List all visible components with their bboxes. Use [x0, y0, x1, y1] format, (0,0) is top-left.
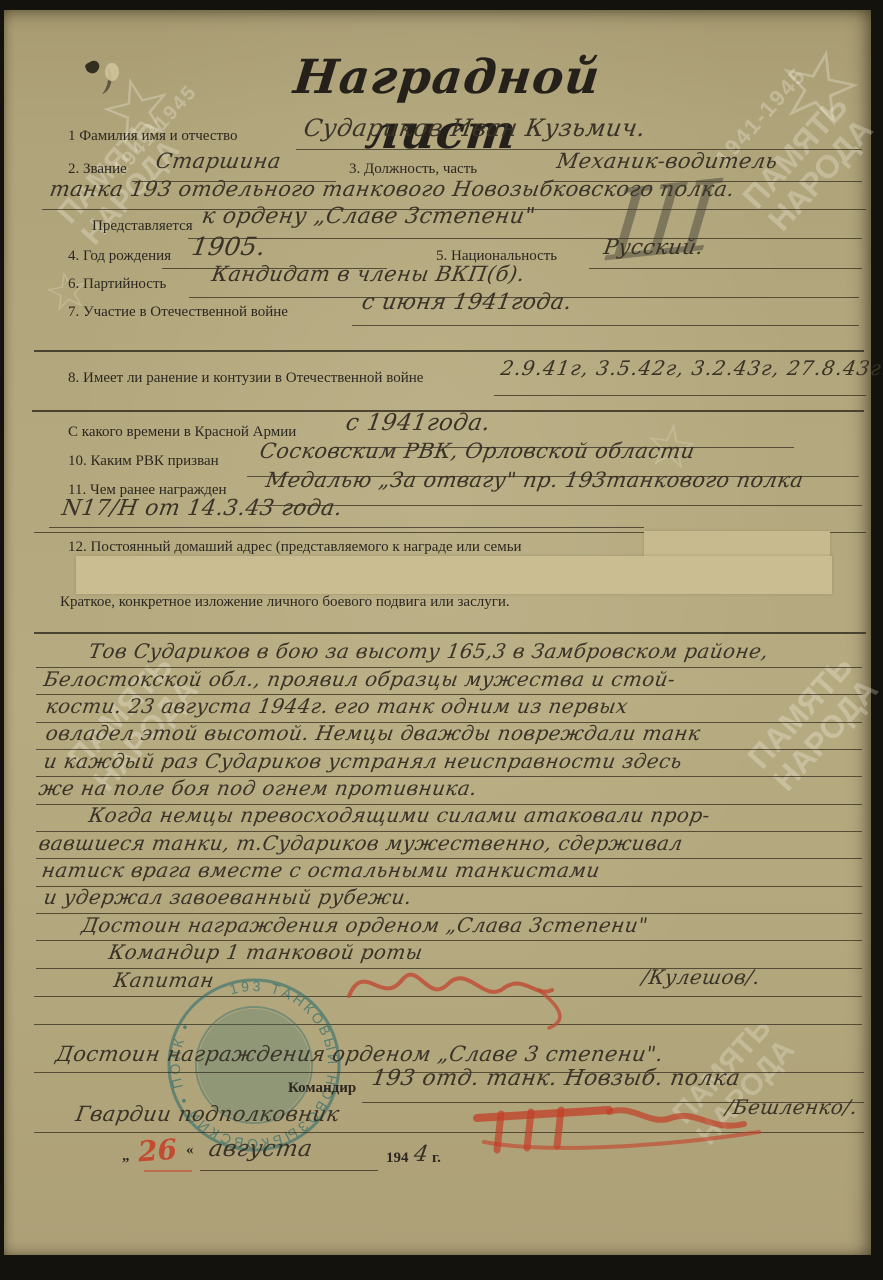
field-value-presented: к ордену „Славе 3степени" [200, 204, 537, 229]
underline-red [144, 1170, 192, 1172]
pencil-mark: Ш [603, 158, 724, 283]
body-line: же на поле боя под огнем противника. [37, 776, 479, 800]
field-value-birthyear: 1905. [190, 232, 268, 261]
body-line: овладел этой высотой. Немцы дважды повре… [44, 721, 702, 745]
field-value-army-since: с 1941года. [344, 410, 492, 436]
underline [36, 667, 862, 668]
field-value-wounds: 2.9.41г, 3.5.42г, 3.2.43г, 27.8.43г. [499, 356, 883, 380]
body-line: вавшиеся танки, т.Судариков мужественно,… [37, 831, 685, 855]
underline [36, 858, 862, 859]
underline [494, 395, 866, 396]
underline [257, 505, 862, 506]
field-value-rank: Старшина [154, 149, 283, 173]
endorsement2-rank: Гвардии подполковник [74, 1102, 341, 1126]
watermark-star-icon: ☆ [764, 27, 874, 148]
field-label-birthyear: 4. Год рождения [68, 248, 171, 265]
body-line: Белостокской обл., проявил образцы мужес… [42, 667, 677, 691]
date-g-label: г. [432, 1150, 441, 1167]
separator-line [34, 350, 864, 352]
date-close-quote: « [186, 1142, 194, 1159]
redaction-box [76, 556, 832, 594]
underline [36, 886, 862, 887]
underline [36, 749, 862, 750]
field-label-presented: Представляется [92, 218, 193, 235]
underline [36, 831, 862, 832]
underline [36, 940, 862, 941]
body-line: Тов Судариков в бою за высоту 165,3 в За… [87, 639, 770, 663]
date-month: августа [207, 1136, 314, 1162]
page-title: Наградной лист [203, 50, 685, 160]
body-line: кости. 23 августа 1944г. его танк одним … [44, 694, 630, 718]
underline [36, 722, 862, 723]
field-label-position: 3. Должность, часть [349, 161, 477, 178]
body-line: Когда немцы превосходящими силами атаков… [87, 803, 712, 827]
signature-scribble-red-bold [459, 1080, 789, 1170]
field-label-home-address: 12. Постоянный домаший адрес (представля… [68, 539, 522, 556]
underline [589, 268, 862, 269]
scanned-award-sheet: ☆ ☆ ☆ ☆ 1941-1945 1941-1945 ПАМЯТЬНАРОДА… [4, 10, 871, 1255]
endorsement2-verdict: Достоин награждения орденом „Славе 3 сте… [54, 1042, 665, 1066]
underline [200, 1170, 378, 1171]
field-value-prior-awards-cont: N17/Н от 14.3.43 года. [60, 496, 344, 521]
field-value-prior-awards: Медалью „За отвагу" пр. 193танкового пол… [264, 468, 805, 492]
field-label-rvk: 10. Каким РВК призван [68, 453, 219, 470]
field-value-party: Кандидат в члены ВКП(б). [210, 262, 527, 286]
ink-blot [76, 50, 136, 110]
underline [36, 913, 862, 914]
field-label-rank: 2. Звание [68, 161, 127, 178]
underline [36, 804, 862, 805]
field-label-wounds: 8. Имеет ли ранение и контузии в Отечест… [68, 370, 423, 387]
endorsement2-commander-label: Командир [288, 1080, 356, 1097]
watermark-line: НАРОДА [766, 671, 883, 797]
endorsement1-verdict: Достоин награждения орденом „Слава 3степ… [80, 913, 650, 937]
signature-scribble-red [334, 948, 594, 1038]
summary-heading: Краткое, конкретное изложение личного бо… [60, 594, 510, 611]
body-line: натиск врага вместе с остальными танкист… [40, 858, 602, 882]
date-day: 26 [137, 1133, 178, 1169]
field-value-war-participation: с июня 1941года. [360, 290, 574, 315]
date-year-digit: 4 [412, 1142, 430, 1167]
field-value-rvk: Сосковским РВК, Орловской области [258, 439, 697, 463]
separator-line [34, 632, 866, 634]
underline [352, 325, 859, 326]
redaction-box [644, 531, 830, 557]
underline [49, 527, 644, 528]
underline [188, 238, 862, 239]
underline [36, 776, 862, 777]
body-line: и каждый раз Судариков устранял неисправ… [42, 749, 684, 773]
date-open-quote: „ [122, 1148, 130, 1165]
field-label-war-participation: 7. Участие в Отечественной войне [68, 304, 288, 321]
field-value-nationality: Русский. [602, 235, 705, 259]
field-label-name: 1 Фамилия имя и отчество [68, 128, 238, 145]
watermark-line: НАРОДА [761, 111, 880, 237]
underline [36, 694, 862, 695]
field-label-party: 6. Партийность [68, 276, 166, 293]
field-value-name: Судариков Иван Кузьмич. [302, 114, 648, 142]
date-year-printed: 194 [386, 1150, 409, 1167]
body-line: и удержал завоеванный рубежи. [42, 885, 414, 909]
